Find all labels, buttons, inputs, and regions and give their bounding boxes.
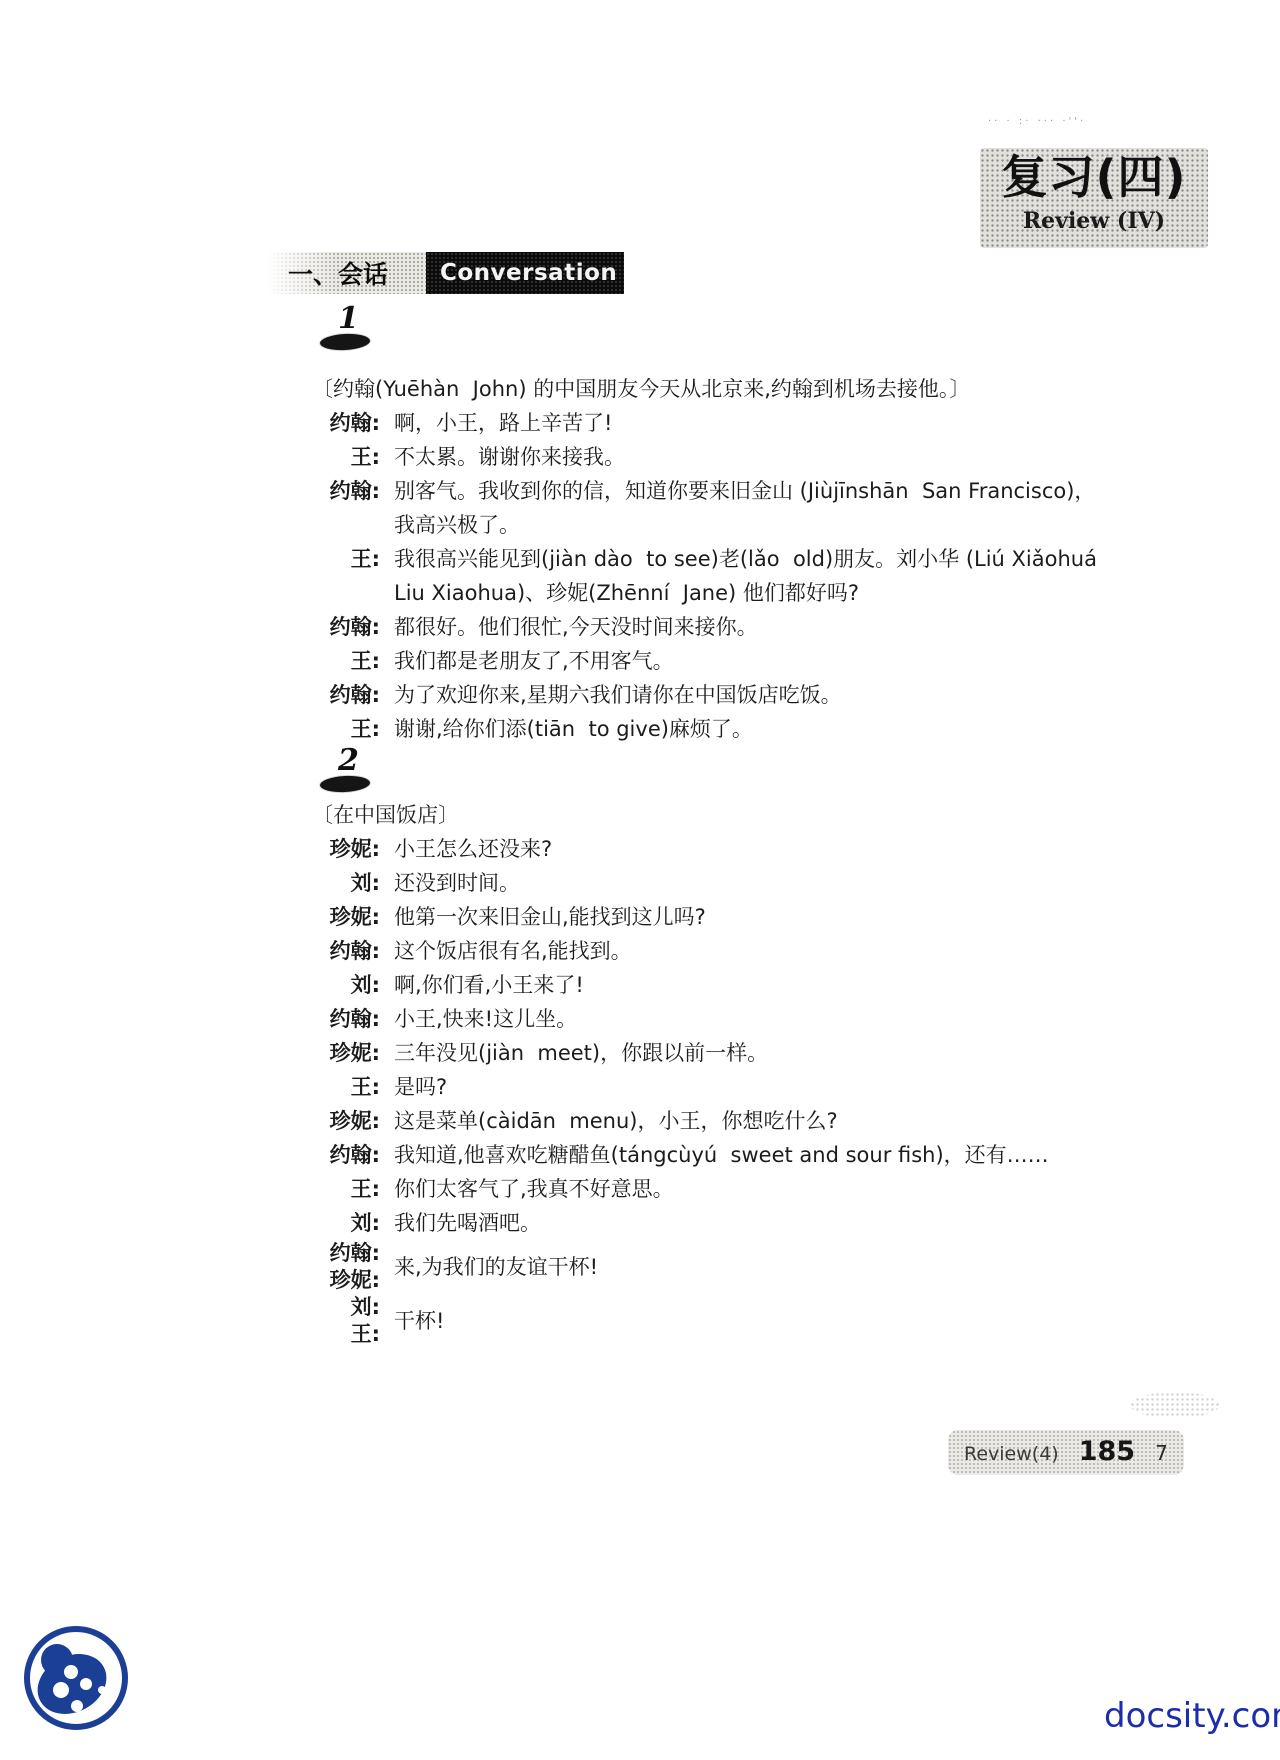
dialogue-text: 谢谢,给你们添(tiān to give)麻烦了。 <box>394 712 1060 746</box>
chapter-header: 复习(四) Review (IV) <box>980 148 1208 248</box>
dialogue-text: 我很高兴能见到(jiàn dào to see)老(lǎo old)朋友。刘小华… <box>394 542 1097 576</box>
docsity-logo-icon <box>22 1620 132 1738</box>
scan-noise-blob <box>1130 1392 1220 1418</box>
section-banner-english: Conversation <box>426 252 624 294</box>
speaker-label: 约翰: <box>330 683 380 707</box>
speaker-label: 约翰: <box>330 411 380 435</box>
dialogue-line: 王: 谢谢,给你们添(tiān to give)麻烦了。 <box>300 712 1060 746</box>
scan-noise-marks: ·· · :· ··· ·''· <box>988 116 1168 128</box>
dialogue-text: 我高兴极了。 <box>394 508 1095 542</box>
speaker-label: 王: <box>351 547 380 571</box>
dialogue-text: 他第一次来旧金山,能找到这儿吗? <box>394 900 1060 934</box>
dialogue-text: 我们先喝酒吧。 <box>394 1206 1060 1240</box>
dialogue-1: 〔约翰(Yuēhàn John) 的中国朋友今天从北京来,约翰到机场去接他。〕 … <box>300 372 1060 746</box>
dialogue-line: 刘: 我们先喝酒吧。 <box>300 1206 1060 1240</box>
speaker-label: 王: <box>351 1177 380 1201</box>
dialogue-line: 王: 是吗? <box>300 1070 1060 1104</box>
dialogue-line: 珍妮: 三年没见(jiàn meet)，你跟以前一样。 <box>300 1036 1060 1070</box>
dialogue-line: 珍妮: 他第一次来旧金山,能找到这儿吗? <box>300 900 1060 934</box>
chapter-title-chinese: 复习(四) <box>980 148 1208 206</box>
dialogue-2: 〔在中国饭店〕 珍妮: 小王怎么还没来? 刘: 还没到时间。 珍妮: 他第一次来… <box>300 798 1060 1348</box>
dialogue-line: 刘: 啊,你们看,小王来了! <box>300 968 1060 1002</box>
dialogue-line: 约翰: 这个饭店很有名,能找到。 <box>300 934 1060 968</box>
dialogue-text: 来,为我们的友谊干杯! <box>394 1250 598 1284</box>
speaker-label: 约翰: <box>330 1007 380 1031</box>
speaker-label: 王: <box>351 717 380 741</box>
speaker-label: 刘: <box>351 973 380 997</box>
page-number-secondary: 7 <box>1155 1441 1168 1465</box>
page-footer: Review(4) 185 7 <box>948 1430 1184 1475</box>
section-banner-chinese: 一、会话 <box>268 252 426 294</box>
speaker-label: 刘: <box>351 1211 380 1235</box>
page-number: 185 <box>1079 1436 1135 1467</box>
speaker-label: 珍妮: <box>330 1109 380 1133</box>
speaker-label: 王: <box>351 649 380 673</box>
stage-direction: 〔在中国饭店〕 <box>300 798 1060 832</box>
section-banner: 一、会话 Conversation <box>268 252 624 294</box>
speaker-label: 珍妮: <box>300 1267 380 1294</box>
speaker-label: 珍妮: <box>330 905 380 929</box>
speaker-label: 珍妮: <box>330 837 380 861</box>
speaker-label: 约翰: <box>330 615 380 639</box>
speaker-label: 刘: <box>300 1294 380 1321</box>
dialogue-text: 干杯! <box>394 1304 444 1338</box>
dialogue-line: 王: 我们都是老朋友了,不用客气。 <box>300 644 1060 678</box>
dialogue-text: 这个饭店很有名,能找到。 <box>394 934 1060 968</box>
dialogue-line: 约翰: 小王,快来!这儿坐。 <box>300 1002 1060 1036</box>
dialogue-line: 王: 我很高兴能见到(jiàn dào to see)老(lǎo old)朋友。… <box>300 542 1060 610</box>
dialogue-text: Liu Xiaohua)、珍妮(Zhēnní Jane) 他们都好吗? <box>394 576 1097 610</box>
dialogue-text: 啊,你们看,小王来了! <box>394 968 1060 1002</box>
dialogue-text: 小王,快来!这儿坐。 <box>394 1002 1060 1036</box>
speaker-label: 珍妮: <box>330 1041 380 1065</box>
speaker-label: 王: <box>351 445 380 469</box>
dialogue-number: 2 <box>338 744 359 778</box>
dialogue-line: 约翰: 我知道,他喜欢吃糖醋鱼(tángcùyú sweet and sour … <box>300 1138 1060 1172</box>
dialogue-text: 这是菜单(càidān menu)，小王，你想吃什么? <box>394 1104 1060 1138</box>
dialogue-text: 不太累。谢谢你来接我。 <box>394 440 1060 474</box>
dialogue-text: 三年没见(jiàn meet)，你跟以前一样。 <box>394 1036 1060 1070</box>
dialogue-line: 约翰: 珍妮: 来,为我们的友谊干杯! <box>300 1240 1060 1294</box>
dialogue-line: 刘: 还没到时间。 <box>300 866 1060 900</box>
dialogue-text: 小王怎么还没来? <box>394 832 1060 866</box>
dialogue-line: 珍妮: 这是菜单(càidān menu)，小王，你想吃什么? <box>300 1104 1060 1138</box>
stage-direction: 〔约翰(Yuēhàn John) 的中国朋友今天从北京来,约翰到机场去接他。〕 <box>300 372 1060 406</box>
speaker-label: 约翰: <box>330 479 380 503</box>
speaker-label: 王: <box>351 1075 380 1099</box>
chapter-title-english: Review (IV) <box>980 206 1208 236</box>
dialogue-line: 珍妮: 小王怎么还没来? <box>300 832 1060 866</box>
dialogue-line: 王: 不太累。谢谢你来接我。 <box>300 440 1060 474</box>
dialogue-text: 还没到时间。 <box>394 866 1060 900</box>
dialogue-text: 我们都是老朋友了,不用客气。 <box>394 644 1060 678</box>
dialogue-line: 刘: 王: 干杯! <box>300 1294 1060 1348</box>
speaker-label: 约翰: <box>330 1143 380 1167</box>
dialogue-number-icon: 2 <box>318 748 374 794</box>
dialogue-text: 啊，小王，路上辛苦了! <box>394 406 1060 440</box>
dialogue-number: 1 <box>338 302 359 336</box>
speaker-label: 约翰: <box>300 1240 380 1267</box>
dialogue-line: 约翰: 别客气。我收到你的信，知道你要来旧金山 (Jiùjīnshān San … <box>300 474 1060 542</box>
docsity-link[interactable]: docsity.com <box>1104 1696 1280 1736</box>
dialogue-text: 我知道,他喜欢吃糖醋鱼(tángcùyú sweet and sour fish… <box>394 1138 1060 1172</box>
dialogue-text: 为了欢迎你来,星期六我们请你在中国饭店吃饭。 <box>394 678 1060 712</box>
speaker-label: 刘: <box>351 871 380 895</box>
dialogue-text: 都很好。他们很忙,今天没时间来接你。 <box>394 610 1060 644</box>
dialogue-text: 别客气。我收到你的信，知道你要来旧金山 (Jiùjīnshān San Fran… <box>394 474 1095 508</box>
dialogue-text: 你们太客气了,我真不好意思。 <box>394 1172 1060 1206</box>
dialogue-line: 王: 你们太客气了,我真不好意思。 <box>300 1172 1060 1206</box>
dialogue-number-icon: 1 <box>318 306 374 352</box>
speaker-label: 约翰: <box>330 939 380 963</box>
footer-review-label: Review(4) <box>964 1443 1059 1465</box>
dialogue-line: 约翰: 为了欢迎你来,星期六我们请你在中国饭店吃饭。 <box>300 678 1060 712</box>
dialogue-text: 是吗? <box>394 1070 1060 1104</box>
scanned-textbook-page: ·· · :· ··· ·''· 复习(四) Review (IV) 一、会话 … <box>0 0 1280 1760</box>
dialogue-line: 约翰: 啊，小王，路上辛苦了! <box>300 406 1060 440</box>
speaker-label: 王: <box>300 1321 380 1348</box>
dialogue-line: 约翰: 都很好。他们很忙,今天没时间来接你。 <box>300 610 1060 644</box>
